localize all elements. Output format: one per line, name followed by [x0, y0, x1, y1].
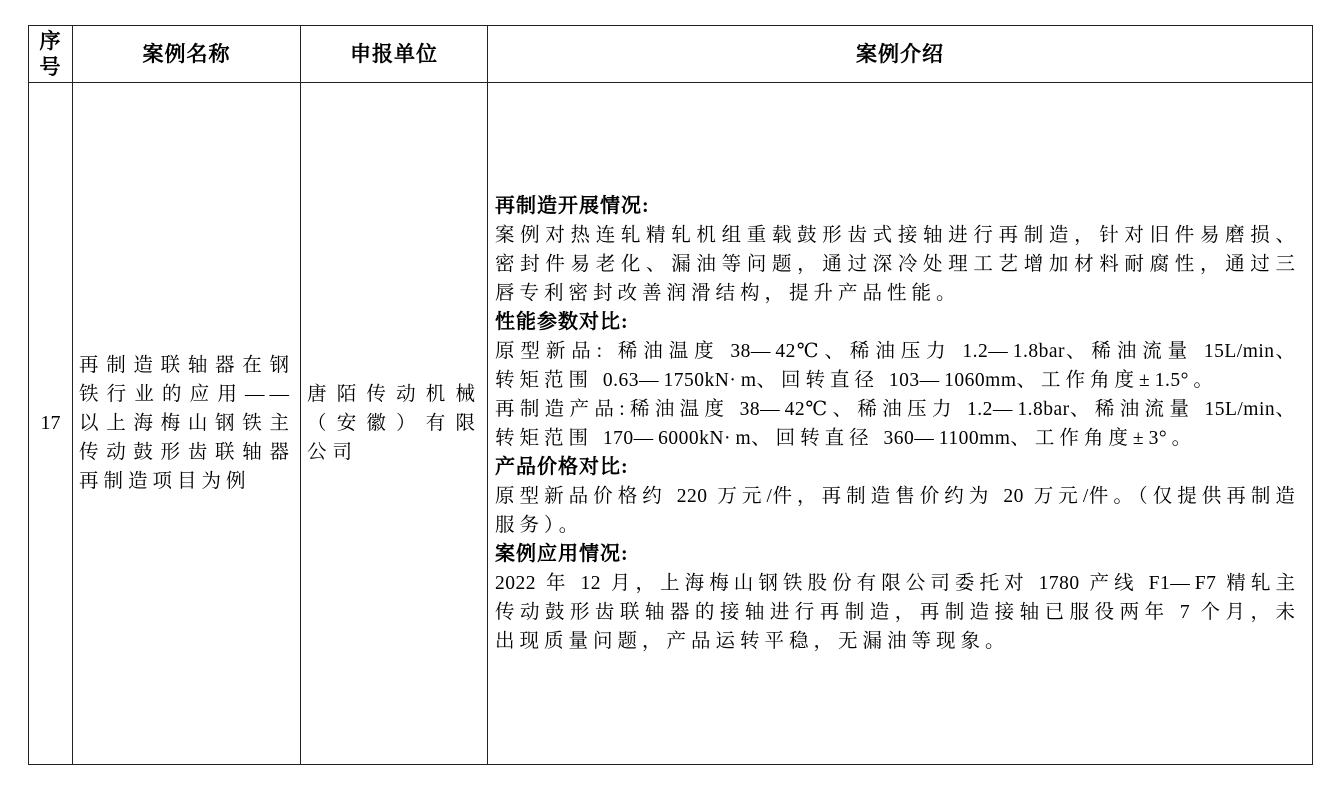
- intro-section-application-status: 案例应用情况: 2022 年 12 月，上海梅山钢铁股份有限公司委托对 1780…: [495, 540, 1300, 656]
- col-header-organization: 申报单位: [301, 26, 488, 83]
- case-number-cell: 17: [29, 83, 73, 765]
- case-name-cell: 再制造联轴器在钢铁行业的应用——以上海梅山钢铁主传动鼓形齿联轴器再制造项目为例: [73, 83, 301, 765]
- intro-section-performance-comparison: 性能参数对比: 原型新品: 稀油温度 38—42℃、稀油压力 1.2—1.8ba…: [495, 308, 1300, 453]
- table-row: 17 再制造联轴器在钢铁行业的应用——以上海梅山钢铁主传动鼓形齿联轴器再制造项目…: [29, 83, 1313, 765]
- section-heading: 案例应用情况:: [495, 540, 1300, 569]
- section-paragraph: 原型新品价格约 220 万元/件，再制造售价约为 20 万元/件。（仅提供再制造…: [495, 482, 1300, 540]
- section-heading: 产品价格对比:: [495, 453, 1300, 482]
- section-paragraph: 案例对热连轧精轧机组重载鼓形齿式接轴进行再制造，针对旧件易磨损、密封件易老化、漏…: [495, 221, 1300, 308]
- section-paragraph: 原型新品: 稀油温度 38—42℃、稀油压力 1.2—1.8bar、稀油流量 1…: [495, 337, 1300, 395]
- col-header-number: 序号: [29, 26, 73, 83]
- section-paragraph: 再制造产品:稀油温度 38—42℃、稀油压力 1.2—1.8bar、稀油流量 1…: [495, 395, 1300, 453]
- organization-cell: 唐陌传动机械（安徽）有限公司: [301, 83, 488, 765]
- document-page: 序号 案例名称 申报单位 案例介绍 17 再制造联轴器在钢铁行业的应用——以上海…: [28, 25, 1313, 765]
- intro-section-price-comparison: 产品价格对比: 原型新品价格约 220 万元/件，再制造售价约为 20 万元/件…: [495, 453, 1300, 540]
- col-header-introduction: 案例介绍: [488, 26, 1313, 83]
- case-introduction-cell: 再制造开展情况: 案例对热连轧精轧机组重载鼓形齿式接轴进行再制造，针对旧件易磨损…: [488, 83, 1313, 765]
- section-heading: 性能参数对比:: [495, 308, 1300, 337]
- section-heading: 再制造开展情况:: [495, 192, 1300, 221]
- col-header-case-name: 案例名称: [73, 26, 301, 83]
- case-table: 序号 案例名称 申报单位 案例介绍 17 再制造联轴器在钢铁行业的应用——以上海…: [28, 25, 1313, 765]
- section-paragraph: 2022 年 12 月，上海梅山钢铁股份有限公司委托对 1780 产线 F1—F…: [495, 569, 1300, 656]
- intro-section-remanufacturing-status: 再制造开展情况: 案例对热连轧精轧机组重载鼓形齿式接轴进行再制造，针对旧件易磨损…: [495, 192, 1300, 308]
- table-header-row: 序号 案例名称 申报单位 案例介绍: [29, 26, 1313, 83]
